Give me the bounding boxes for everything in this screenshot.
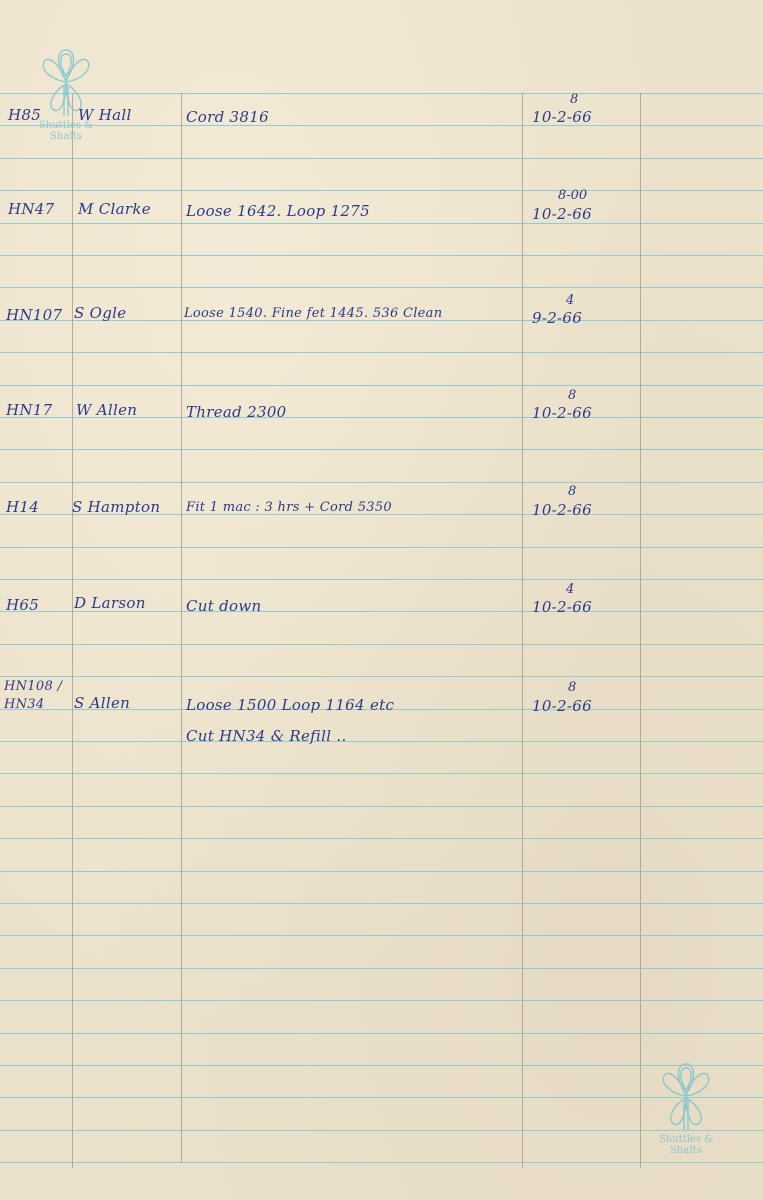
entry-name: W Hall	[78, 106, 132, 124]
entry-id: HN47	[8, 200, 55, 218]
entry-work: Fit 1 mac : 3 hrs + Cord 5350	[186, 500, 392, 515]
ruled-line	[0, 255, 763, 256]
ruled-line	[0, 838, 763, 839]
ruled-line	[0, 579, 763, 580]
entry-id: HN108 / HN34	[4, 678, 70, 714]
entry-id: HN107	[6, 306, 62, 324]
entry-work: Cut down	[186, 597, 261, 615]
entry-date: 10-2-66	[532, 598, 592, 616]
watermark-text-bottom: Shuttles & Shafts	[644, 1134, 728, 1156]
column-rule-id	[72, 93, 73, 1168]
ruled-line	[0, 449, 763, 450]
watermark-logo-top: Shuttles & Shafts	[24, 46, 108, 142]
entry-hours: 8	[570, 92, 578, 107]
column-rule-name	[181, 93, 182, 1163]
entry-date: 9-2-66	[532, 309, 582, 327]
ruled-line	[0, 547, 763, 548]
entry-work: Cord 3816	[186, 108, 269, 126]
ruled-line	[0, 871, 763, 872]
entry-id: H65	[6, 596, 39, 614]
entry-date: 10-2-66	[532, 404, 592, 422]
ruled-line	[0, 773, 763, 774]
entry-hours: 8	[568, 484, 576, 499]
entry-name: D Larson	[74, 594, 146, 612]
entry-date: 10-2-66	[532, 501, 592, 519]
entry-hours: 8-00	[558, 188, 587, 203]
column-rule-work	[522, 93, 523, 1168]
entry-work: Loose 1500 Loop 1164 etc	[186, 696, 394, 714]
entry-hours: 4	[566, 293, 574, 308]
entry-date: 10-2-66	[532, 108, 592, 126]
entry-hours: 8	[568, 680, 576, 695]
ruled-line	[0, 935, 763, 936]
ruled-line	[0, 903, 763, 904]
entry-work: Loose 1540. Fine fet 1445. 536 Clean	[184, 306, 442, 321]
ruled-line	[0, 806, 763, 807]
entry-name: S Hampton	[72, 498, 160, 516]
entry-name: S Allen	[74, 694, 130, 712]
ruled-line	[0, 93, 763, 94]
entry-id: H85	[8, 106, 41, 124]
entry-work: Thread 2300	[186, 403, 287, 421]
entry-name: M Clarke	[78, 200, 151, 218]
ruled-line	[0, 125, 763, 126]
entry-name: S Ogle	[74, 304, 126, 322]
ruled-line	[0, 158, 763, 159]
ruled-line	[0, 223, 763, 224]
watermark-logo-bottom: Shuttles & Shafts	[644, 1060, 728, 1156]
ruled-line	[0, 676, 763, 677]
ruled-line	[0, 968, 763, 969]
entry-id: H14	[6, 498, 39, 516]
ruled-line	[0, 1033, 763, 1034]
ledger-page: Shuttles & Shafts Shuttles & Shafts H85 …	[0, 0, 763, 1200]
ruled-line	[0, 1000, 763, 1001]
ruled-line	[0, 190, 763, 191]
ruled-line	[0, 644, 763, 645]
knot-flower-icon	[658, 1060, 714, 1136]
ruled-line	[0, 352, 763, 353]
ruled-line	[0, 1162, 763, 1163]
ruled-line	[0, 741, 763, 742]
entry-date: 10-2-66	[532, 697, 592, 715]
entry-hours: 4	[566, 582, 574, 597]
entry-name: W Allen	[76, 401, 137, 419]
entry-date: 10-2-66	[532, 205, 592, 223]
entry-work: Loose 1642. Loop 1275	[186, 202, 370, 220]
entry-id: HN17	[6, 401, 53, 419]
ruled-line	[0, 482, 763, 483]
column-rule-date	[640, 93, 641, 1168]
entry-work-line2: Cut HN34 & Refill ..	[186, 727, 347, 745]
entry-hours: 8	[568, 388, 576, 403]
ruled-line	[0, 287, 763, 288]
ruled-line	[0, 385, 763, 386]
